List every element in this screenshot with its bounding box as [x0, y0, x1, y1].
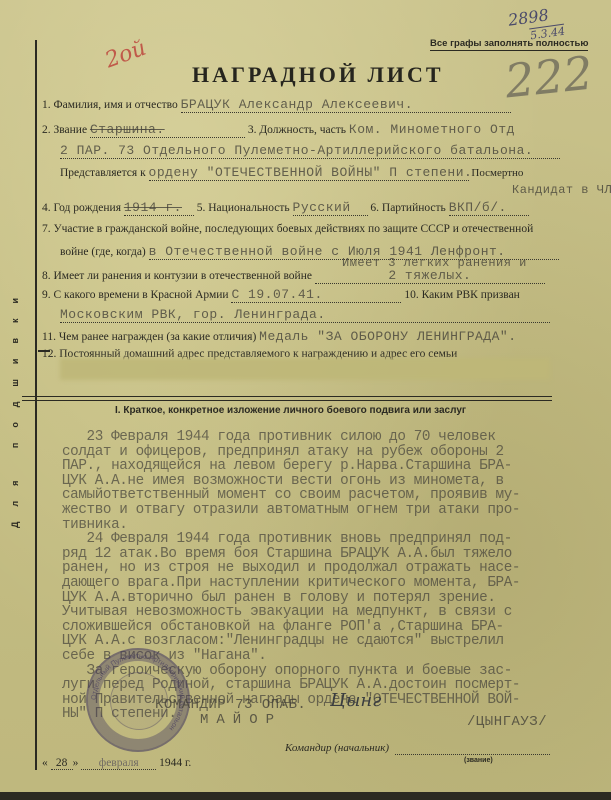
date-month: февраля	[81, 757, 156, 770]
section-heading: I. Краткое, конкретное изложение личного…	[115, 405, 466, 416]
candidate-note-row: Кандидат в ЧЛ	[42, 186, 591, 198]
narrative-line: сложившейся обстановкой на флангe РОП'а …	[62, 620, 582, 635]
narrative-line: ПАР., находящейся на левом берегу р.Нарв…	[62, 459, 582, 474]
field-value: Русский	[293, 200, 368, 216]
field-number: 1.	[42, 99, 51, 111]
field-number: 6.	[370, 202, 379, 214]
field-value: Старшина.	[90, 122, 245, 138]
handwritten-red-mark: 2ой	[102, 36, 149, 74]
narrative-line: ряд 12 атак.Во время боя Старшина БРАЦУК…	[62, 547, 582, 562]
field-label: Чем ранее награжден (за какие отличия)	[59, 331, 256, 343]
field-label: С какого времени в Красной Армии	[54, 289, 229, 301]
field-label: Имеет ли ранения и контузии в отечествен…	[54, 270, 312, 282]
narrative-line: 24 Февраля 1944 года противник вновь пре…	[62, 532, 582, 547]
commander-title: КОМАНДИР 73 ОПАБ.	[155, 697, 306, 713]
redacted-address-area	[60, 358, 550, 380]
field-label: Партийность	[382, 202, 446, 214]
field-label: Год рождения	[54, 202, 122, 214]
field-draft-office-value: Московским РВК, гор. Ленинграда.	[60, 307, 550, 323]
field-label: Представляется к	[60, 167, 146, 179]
field-value: С 19.07.41.	[231, 287, 401, 303]
date-year: 1944 г.	[159, 757, 191, 769]
commander-label: Командир (начальник)	[285, 742, 389, 754]
field-unit-continued: 2 ПАР. 73 Отдельного Пулеметно-Артиллери…	[60, 143, 560, 159]
section-divider	[22, 396, 552, 401]
svg-text:Отдельный Пулеметно-Артиллерий: Отдельный Пулеметно-Артиллерийский батал…	[91, 653, 186, 732]
field-recommended-for: Представляется к ордену "ОТЕЧЕСТВЕННОЙ В…	[60, 165, 523, 181]
field-value: Ком. Минометного Отд	[349, 122, 515, 137]
handwritten-large-number: 222	[502, 46, 595, 109]
narrative-line: тивника.	[62, 518, 582, 533]
narrative-line: 23 Февраля 1944 года противник силою до …	[62, 430, 582, 445]
field-number: 3.	[248, 124, 257, 136]
field-value: Медаль "ЗА ОБОРОНУ ЛЕНИНГРАДА".	[259, 329, 516, 344]
field-number: 9.	[42, 289, 51, 301]
field-value-continued: 2 тяжелых.	[315, 268, 545, 284]
field-number: 11.	[42, 331, 56, 343]
field-label: Фамилия, имя и отчество	[54, 99, 178, 111]
field-number: 2.	[42, 124, 51, 136]
narrative-line: солдат и офицеров, предпринял атаку на р…	[62, 445, 582, 460]
field-value: ордену "ОТЕЧЕСТВЕННОЙ ВОЙНЫ" П степени.	[149, 165, 469, 181]
field-number: 5.	[197, 202, 206, 214]
binding-margin-label: Для подшивки	[10, 170, 30, 640]
field-previous-awards: 11. Чем ранее награжден (за какие отличи…	[42, 329, 517, 344]
field-number: 8.	[42, 270, 51, 282]
field-full-name: 1. Фамилия, имя и отчество БРАЦУК Алекса…	[42, 97, 511, 113]
field-value: Московским РВК, гор. Ленинграда.	[60, 307, 550, 323]
narrative-line: ЦУК А.А.вторично был ранен в голову и по…	[62, 591, 582, 606]
scan-bottom-edge	[0, 792, 611, 800]
narrative-line: ЦУК А.А.с возгласом:"Ленинградцы не сдаю…	[62, 634, 582, 649]
field-number: 7.	[42, 223, 51, 235]
field-label: Участие в гражданской войне, последующих…	[54, 223, 534, 235]
rank-label: (звание)	[464, 757, 493, 764]
field-label: Должность, часть	[259, 124, 346, 136]
field-value: ВКП/б/.	[449, 200, 529, 216]
field-value: БРАЦУК Александр Алексеевич.	[181, 97, 511, 113]
field-war-participation: 7. Участие в гражданской войне, последую…	[42, 223, 533, 235]
narrative-line: жество и отвагу отразили автоматным огне…	[62, 503, 582, 518]
party-note: Кандидат в ЧЛ	[512, 183, 611, 197]
narrative-line: дающего врага.При наступлении критическо…	[62, 576, 582, 591]
field-number: 4.	[42, 202, 51, 214]
document-date: « 28» февраля 1944 г.	[42, 757, 191, 770]
fill-instruction: Все графы заполнять полностью	[430, 38, 588, 51]
field-rank-position: 2. Звание Старшина. 3. Должность, часть …	[42, 122, 515, 138]
handwritten-signature: Цынг	[330, 690, 381, 711]
field-value: 1914 г.	[124, 200, 194, 216]
document-title: НАГРАДНОЙ ЛИСТ	[192, 62, 444, 88]
posthumous-note: Посмертно	[471, 167, 523, 179]
margin-line	[35, 40, 37, 770]
narrative-line: ранен, но из строя не выходил и продолжа…	[62, 561, 582, 576]
field-army-since: 9. С какого времени в Красной Армии С 19…	[42, 287, 520, 303]
commander-name: /ЦЫНГАУЗ/	[467, 714, 547, 730]
field-label: войне (где, когда)	[60, 246, 146, 258]
field-number: 10.	[404, 289, 418, 301]
date-day: 28	[51, 757, 73, 770]
narrative-line: самыйответственный момент со своим расче…	[62, 488, 582, 503]
field-value: 2 ПАР. 73 Отдельного Пулеметно-Артиллери…	[60, 143, 560, 159]
narrative-line: Учитывая невозможность эвакуации на медп…	[62, 605, 582, 620]
field-label: Каким РВК призван	[422, 289, 520, 301]
field-birth-nationality-party: 4. Год рождения 1914 г. 5. Национальност…	[42, 200, 529, 216]
field-label: Звание	[54, 124, 88, 136]
award-sheet-page: Для подшивки 2ой 2898 5.3.44 222 Все гра…	[0, 0, 611, 792]
commander-rank: МАЙОР	[200, 712, 282, 728]
field-label: Национальность	[208, 202, 289, 214]
field-number: 12.	[42, 348, 56, 360]
rank-signature-line	[395, 754, 550, 755]
